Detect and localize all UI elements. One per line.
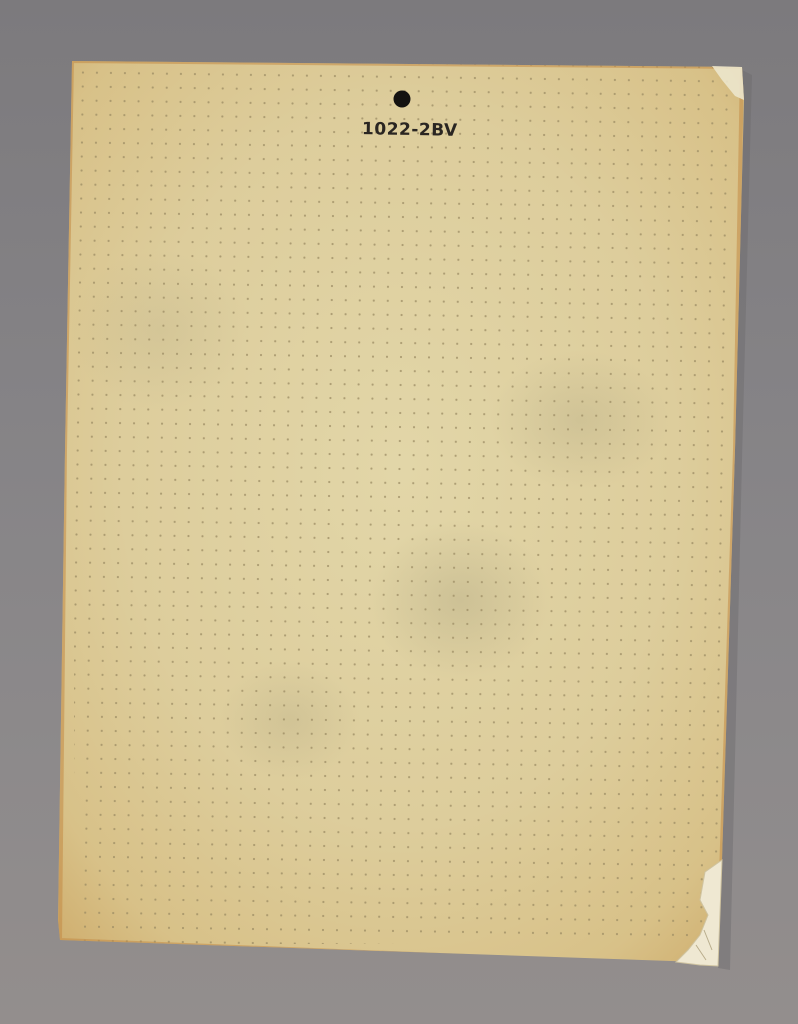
paper-board: [0, 0, 798, 1024]
handwritten-label: 1022-2BV: [362, 119, 458, 141]
hang-hole: [394, 91, 411, 108]
dot-grid: [74, 64, 734, 944]
